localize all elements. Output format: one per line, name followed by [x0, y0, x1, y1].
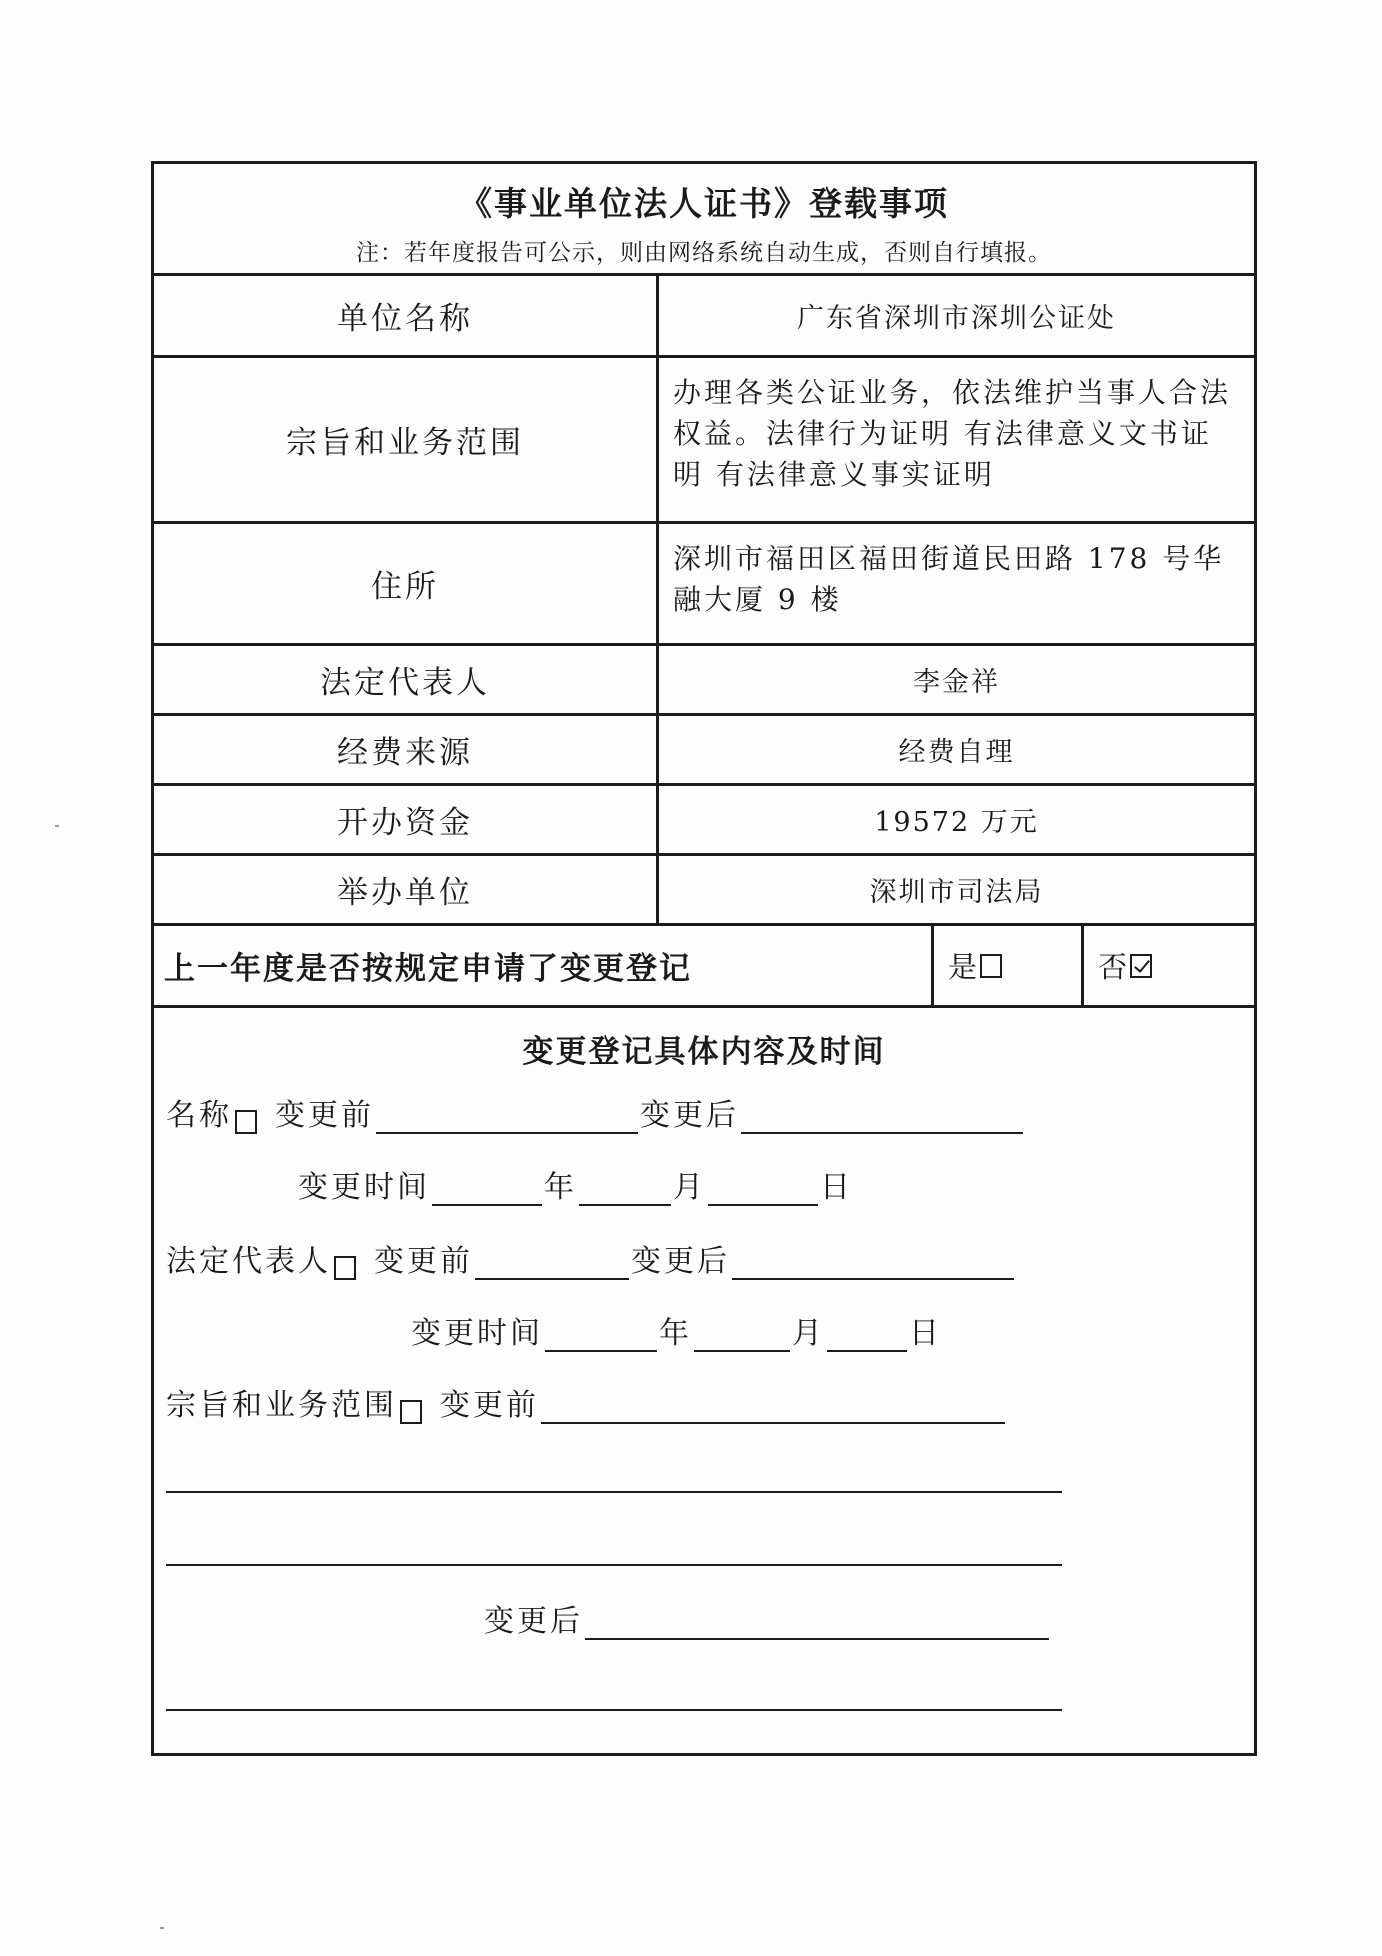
day-label: 日 — [820, 1162, 853, 1206]
scope-before-field[interactable] — [541, 1392, 1005, 1424]
year-label: 年 — [544, 1162, 577, 1206]
name-month-field[interactable] — [579, 1174, 671, 1206]
row-address: 住所 深圳市福田区福田街道民田路 178 号华融大厦 9 楼 — [154, 524, 1254, 646]
scope-before-field-line-2[interactable] — [166, 1491, 1062, 1493]
legal-rep-year-field[interactable] — [545, 1320, 657, 1352]
form-title: 《事业单位法人证书》登载事项 — [154, 178, 1254, 225]
label-purpose-scope: 宗旨和业务范围 — [154, 358, 659, 521]
form-note: 注：若年度报告可公示，则由网络系统自动生成，否则自行填报。 — [154, 234, 1254, 267]
before-label: 变更前 — [275, 1090, 374, 1134]
name-change-time-line: 变更时间 年 月 日 — [298, 1162, 853, 1206]
value-address: 深圳市福田区福田街道民田路 178 号华融大厦 9 楼 — [659, 524, 1254, 643]
after-label: 变更后 — [484, 1596, 583, 1640]
scan-mark — [160, 1927, 164, 1929]
day-label: 日 — [909, 1308, 942, 1352]
change-time-label: 变更时间 — [411, 1308, 543, 1352]
after-label: 变更后 — [640, 1090, 739, 1134]
month-label: 月 — [792, 1308, 825, 1352]
name-change-line: 名称 变更前 变更后 — [166, 1090, 1025, 1134]
legal-rep-day-field[interactable] — [827, 1320, 907, 1352]
label-sponsor: 举办单位 — [154, 856, 659, 923]
name-change-label: 名称 — [166, 1090, 232, 1134]
legal-rep-before-field[interactable] — [475, 1248, 629, 1280]
name-year-field[interactable] — [432, 1174, 542, 1206]
year-label: 年 — [659, 1308, 692, 1352]
change-section-title: 变更登记具体内容及时间 — [154, 1026, 1254, 1071]
scope-after-line: 变更后 — [484, 1596, 1051, 1640]
value-start-capital: 19572 万元 — [659, 786, 1254, 853]
row-funding-source: 经费来源 经费自理 — [154, 716, 1254, 786]
label-address: 住所 — [154, 524, 659, 643]
before-label: 变更前 — [440, 1380, 539, 1424]
name-before-field[interactable] — [376, 1102, 638, 1134]
change-question-label: 上一年度是否按规定申请了变更登记 — [164, 926, 692, 1005]
row-unit-name: 单位名称 广东省深圳市深圳公证处 — [154, 276, 1254, 358]
scope-before-field-line-3[interactable] — [166, 1564, 1062, 1566]
legal-rep-change-time-line: 变更时间 年 月 日 — [411, 1308, 942, 1352]
row-legal-rep: 法定代表人 李金祥 — [154, 646, 1254, 716]
row-start-capital: 开办资金 19572 万元 — [154, 786, 1254, 856]
scan-mark — [55, 825, 59, 827]
option-no[interactable]: 否 — [1081, 926, 1254, 1005]
legal-rep-change-label: 法定代表人 — [166, 1236, 331, 1280]
label-unit-name: 单位名称 — [154, 276, 659, 355]
checkbox-no-checked-icon[interactable] — [1130, 954, 1152, 978]
row-sponsor: 举办单位 深圳市司法局 — [154, 856, 1254, 926]
option-yes[interactable]: 是 — [931, 926, 1081, 1005]
value-sponsor: 深圳市司法局 — [659, 856, 1254, 923]
name-after-field[interactable] — [741, 1102, 1023, 1134]
label-legal-rep: 法定代表人 — [154, 646, 659, 713]
after-label: 变更后 — [631, 1236, 730, 1280]
option-yes-label: 是 — [948, 945, 977, 986]
legal-rep-month-field[interactable] — [694, 1320, 790, 1352]
checkbox-legal-rep-icon[interactable] — [334, 1256, 356, 1280]
certificate-form: 《事业单位法人证书》登载事项 注：若年度报告可公示，则由网络系统自动生成，否则自… — [151, 161, 1257, 1756]
value-unit-name: 广东省深圳市深圳公证处 — [659, 276, 1254, 355]
before-label: 变更前 — [374, 1236, 473, 1280]
checkbox-name-icon[interactable] — [235, 1110, 257, 1134]
checkbox-scope-icon[interactable] — [400, 1400, 422, 1424]
form-header: 《事业单位法人证书》登载事项 注：若年度报告可公示，则由网络系统自动生成，否则自… — [154, 164, 1254, 276]
value-purpose-scope: 办理各类公证业务，依法维护当事人合法权益。法律行为证明 有法律意义文书证明 有法… — [659, 358, 1254, 521]
scope-change-line: 宗旨和业务范围 变更前 — [166, 1380, 1007, 1424]
label-start-capital: 开办资金 — [154, 786, 659, 853]
option-no-label: 否 — [1098, 945, 1127, 986]
month-label: 月 — [673, 1162, 706, 1206]
row-change-question: 上一年度是否按规定申请了变更登记 是 否 — [154, 926, 1254, 1008]
value-legal-rep: 李金祥 — [659, 646, 1254, 713]
scope-after-field[interactable] — [585, 1608, 1049, 1640]
label-funding-source: 经费来源 — [154, 716, 659, 783]
value-funding-source: 经费自理 — [659, 716, 1254, 783]
legal-rep-change-line: 法定代表人 变更前 变更后 — [166, 1236, 1016, 1280]
legal-rep-after-field[interactable] — [732, 1248, 1014, 1280]
row-purpose-scope: 宗旨和业务范围 办理各类公证业务，依法维护当事人合法权益。法律行为证明 有法律意… — [154, 358, 1254, 524]
scope-after-field-line-2[interactable] — [166, 1709, 1062, 1711]
change-time-label: 变更时间 — [298, 1162, 430, 1206]
scope-change-label: 宗旨和业务范围 — [166, 1380, 397, 1424]
name-day-field[interactable] — [708, 1174, 818, 1206]
checkbox-yes-icon[interactable] — [980, 954, 1002, 978]
